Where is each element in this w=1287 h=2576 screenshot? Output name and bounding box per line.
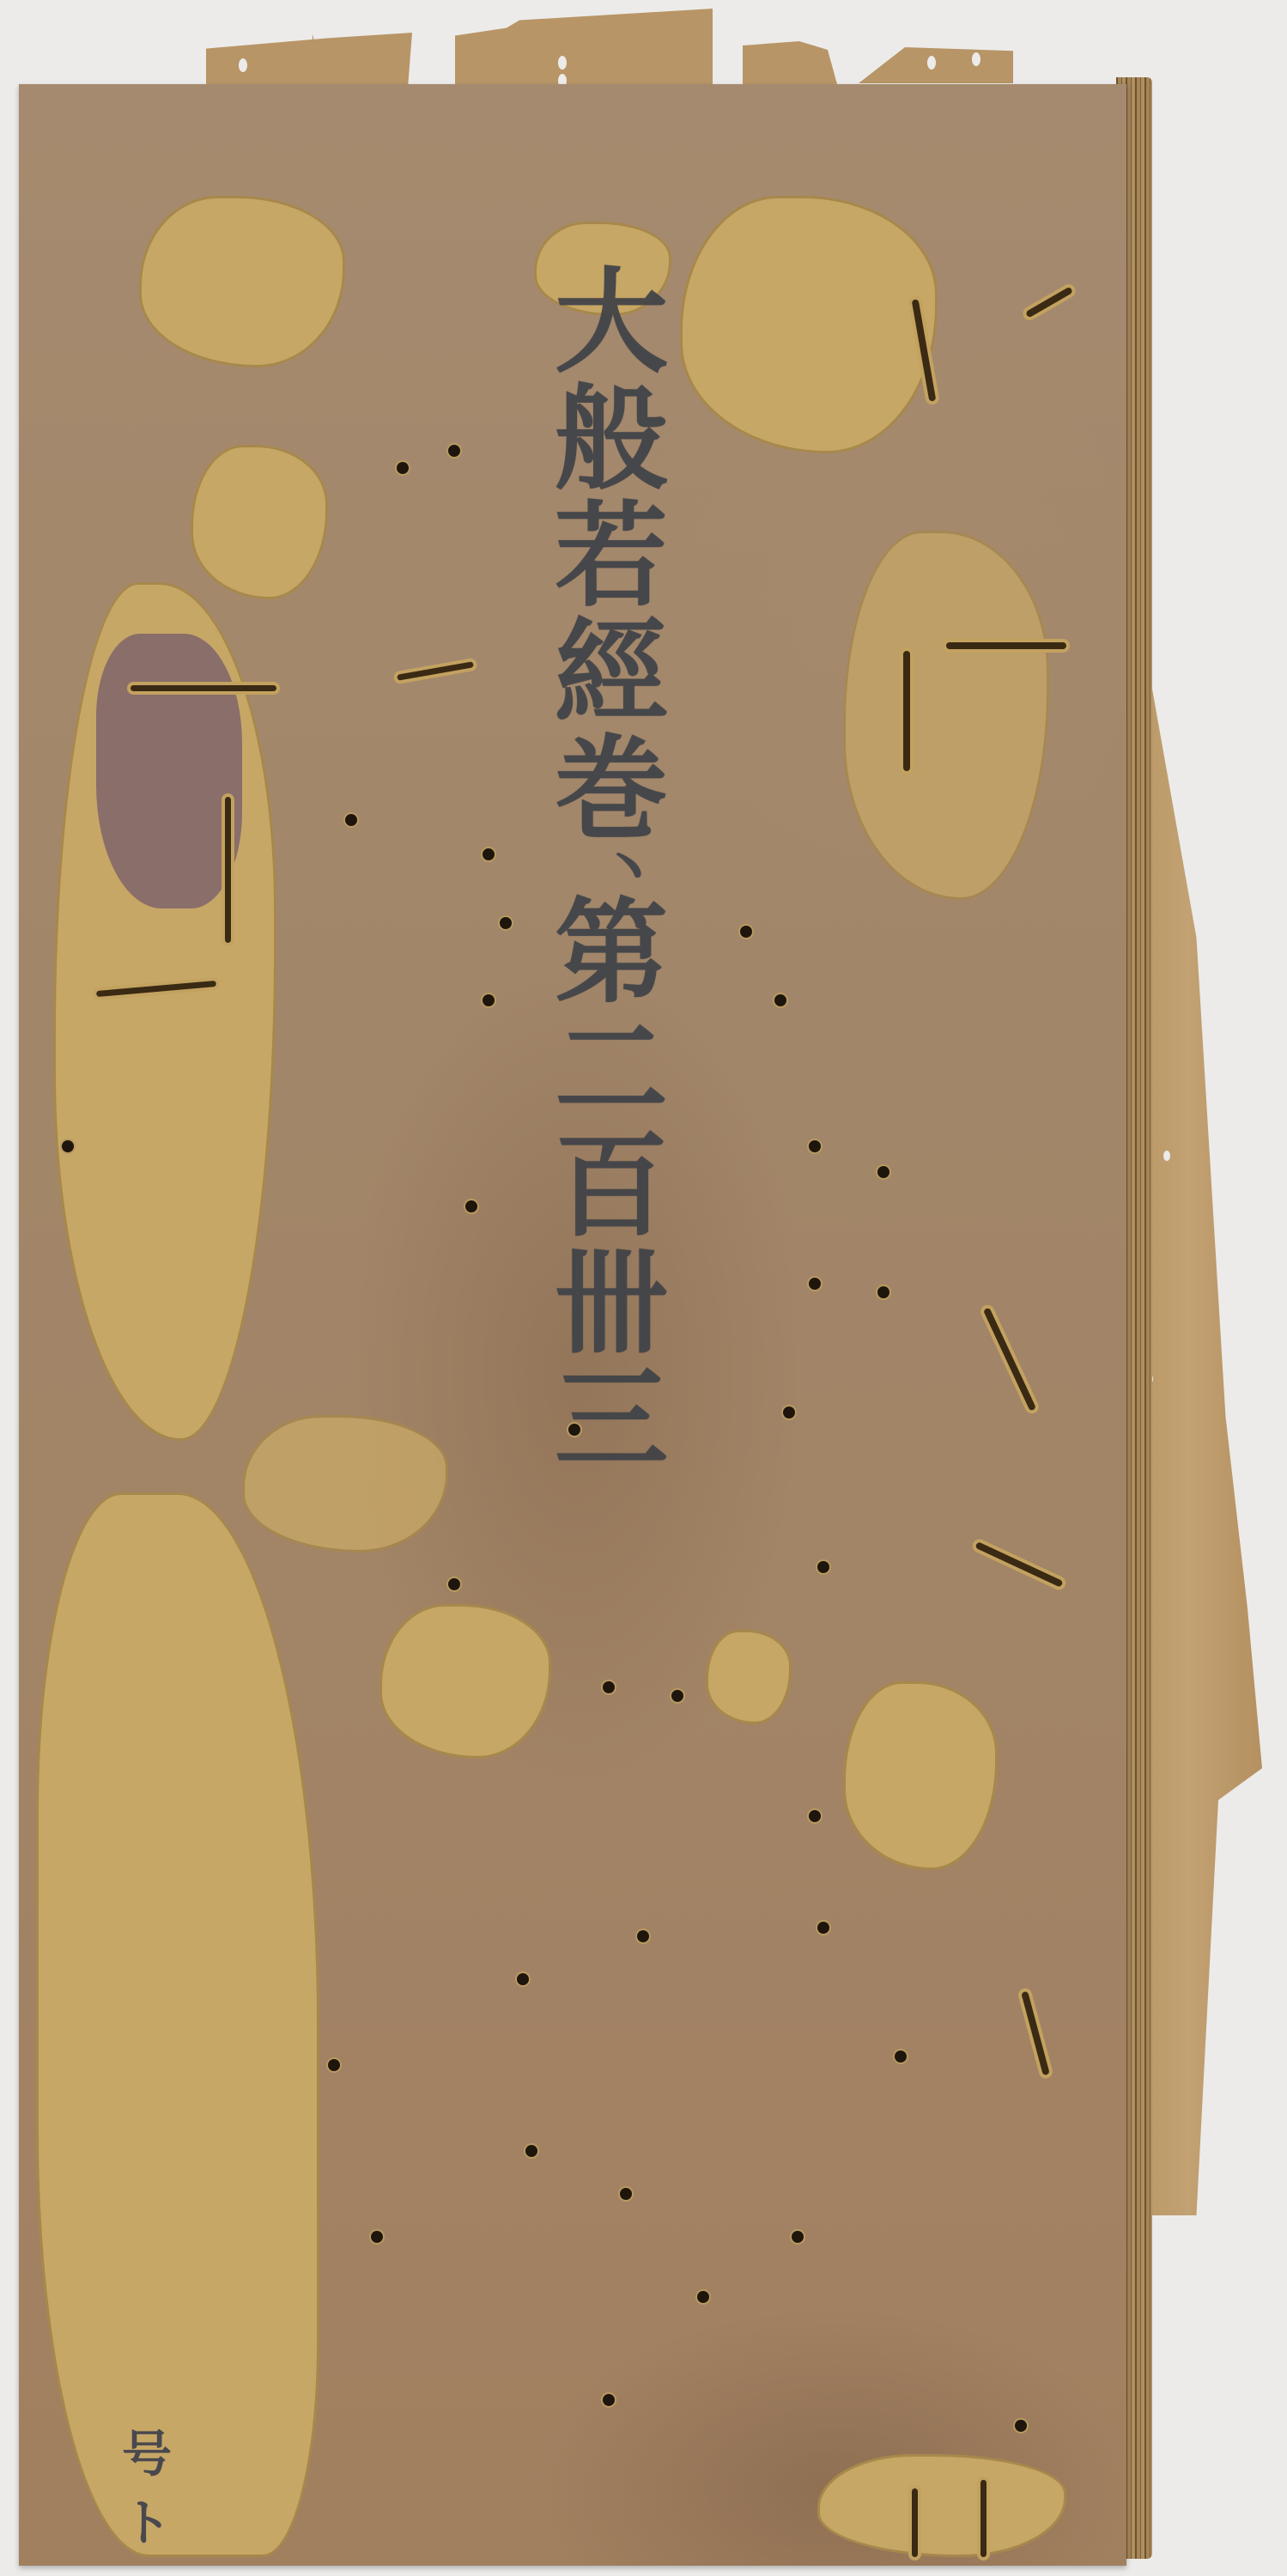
corner-annotation: 号 ト [122,2420,172,2557]
title-char: 百 [555,1128,668,1245]
wormhole [620,2188,632,2200]
worm-tunnel [1021,1991,1050,2076]
wormhole [895,2050,907,2063]
wormhole [809,1278,821,1290]
wormhole [371,2231,383,2243]
title-char: 大 [555,264,668,381]
wormhole [817,1922,829,1934]
sutra-cover: 大 般 若 經 巻 丶 第 二 百 卌 三 号 ト [19,84,1126,2566]
wormhole [603,1681,615,1693]
wormhole [792,2231,804,2243]
wormhole [603,2394,615,2406]
wormhole [697,2291,709,2303]
worm-tunnel [903,651,910,771]
title-char: 二 [555,1012,668,1128]
worm-damage [680,196,938,453]
wormhole [483,848,495,860]
worm-damage [242,1415,448,1552]
wormhole [637,1930,649,1942]
worm-tunnel [983,1307,1036,1411]
worm-damage [843,1681,998,1870]
torn-fragment [743,41,837,84]
wormhole [345,814,357,826]
wormhole [809,1810,821,1822]
title-char: 第 [555,895,668,1012]
title-char: 若 [555,498,668,615]
worm-tunnel [131,685,276,691]
sutra-title: 大 般 若 經 巻 丶 第 二 百 卌 三 [525,264,697,1479]
torn-fragment [859,47,1013,83]
title-char: 卌 [555,1245,668,1362]
title-char: 巻 [555,732,668,848]
wormhole [397,462,409,474]
worm-damage [36,1492,319,2557]
worm-tunnel [225,797,231,943]
wormhole [671,1690,683,1702]
wormhole [465,1200,477,1212]
worm-damage [191,445,328,599]
worm-damage [817,2454,1066,2557]
wormhole [62,1140,74,1152]
wormhole [500,917,512,929]
torn-fragment [455,9,713,86]
wormhole [448,1578,460,1590]
worm-damage [379,1604,551,1759]
wormhole [525,2145,537,2157]
worm-tunnel [946,642,1066,649]
wormhole [877,1286,889,1298]
wormhole [740,926,752,938]
worm-tunnel [980,2480,986,2557]
wormhole [1015,2420,1027,2432]
wormhole [328,2059,340,2071]
worm-tunnel [1025,287,1073,319]
note-char: ト [122,2488,172,2557]
worm-damage [139,196,345,368]
wormhole [783,1406,795,1419]
wormhole [774,994,786,1006]
wormhole [809,1140,821,1152]
exposed-layer [96,634,242,908]
note-char: 号 [122,2420,172,2488]
wormhole [483,994,495,1006]
wormhole [448,445,460,457]
worm-tunnel [974,1541,1063,1588]
worm-damage [706,1630,792,1724]
worm-tunnel [397,661,474,681]
wormhole [877,1166,889,1178]
wormhole [817,1561,829,1573]
worm-damage [843,531,1049,900]
title-char: 三 [555,1362,668,1479]
wormhole [517,1973,529,1985]
title-char: 般 [555,381,668,498]
photo-stage: 大 般 若 經 巻 丶 第 二 百 卌 三 号 ト [0,0,1287,2576]
worm-tunnel [912,2488,918,2557]
title-char: 經 [555,615,668,732]
